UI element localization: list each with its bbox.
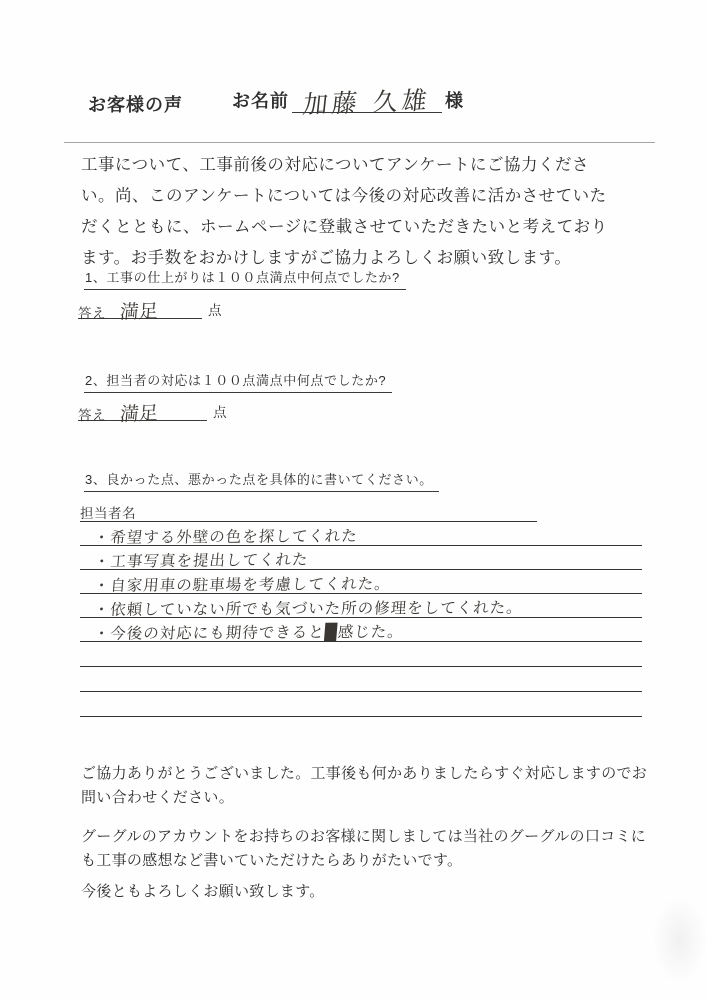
customer-name-block: お名前 加藤 久雄 様 [232,83,464,113]
scan-smudge-artifact [652,895,707,985]
answer-1-handwritten: 満足 [119,296,159,324]
staff-name-label: 担当者名 [80,506,136,521]
answer-2-unit-label: 点 [213,401,227,421]
questionnaire-scan-page: お客様の声 お名前 加藤 久雄 様 工事について、工事前後の対応についてアンケー… [0,0,707,1000]
question-1: 1、工事の仕上がりは１００点満点中何点でしたか? [84,267,406,290]
answer-2-label: 答え [78,408,106,423]
staff-name-blank-line: 担当者名 [80,502,537,522]
question-3-heading: 3、良かった点、悪かった点を具体的に書いてください。 [84,469,439,492]
answer-2-handwritten: 満足 [119,398,159,426]
answer-line-4: ・依頼していない所でも気づいた所の修理をしてくれた。 [80,593,642,618]
question-1-heading: 1、工事の仕上がりは１００点満点中何点でしたか? [84,267,406,290]
question-2: 2、担当者の対応は１００点満点中何点でしたか? [84,370,392,393]
answer-line-1: ・希望する外壁の色を探してくれた [80,521,642,546]
header-divider-line [64,142,655,143]
answer-line-7-empty [80,667,642,692]
question-1-answer-row: 答え満足 点 [78,297,222,319]
answer-1-unit-label: 点 [208,299,222,319]
answer-line-5: ・今後の対応にも期待できると█感じた。 [80,617,642,642]
page-title: お客様の声 [88,91,183,117]
footer-closing-line: 今後ともよろしくお願い致します。 [81,880,666,904]
footer-google-review-paragraph: グーグルのアカウントをお持ちのお客様に関しましては当社のグーグルの口コミに も工… [81,825,666,872]
answer-1-blank-line: 答え満足 [78,297,202,319]
footer-thanks-paragraph: ご協力ありがとうございました。工事後も何かありましたらすぐ対応しますのでお 問い… [81,762,666,809]
name-blank-line: 加藤 久雄 [292,83,442,113]
answer-1-label: 答え [78,306,106,321]
intro-paragraph: 工事について、工事前後の対応についてアンケートにご協力くださ い。尚、このアンケ… [81,150,656,274]
answer-2-blank-line: 答え満足 [78,399,207,421]
handwritten-comment-5: ・今後の対応にも期待できると█感じた。 [80,620,405,644]
question-3: 3、良かった点、悪かった点を具体的に書いてください。 [84,469,439,492]
customer-name-handwritten: 加藤 久雄 [301,81,433,122]
name-honorific-suffix: 様 [445,87,464,113]
answer-line-2: ・工事写真を提出してくれた [80,545,642,570]
answer-line-6-empty [80,642,642,667]
answer-line-8-empty [80,692,642,717]
answer-line-3: ・自家用車の駐車場を考慮してくれた。 [80,569,642,594]
name-label: お名前 [232,87,289,113]
question-2-answer-row: 答え満足 点 [78,399,227,421]
question-2-heading: 2、担当者の対応は１００点満点中何点でしたか? [84,370,392,393]
